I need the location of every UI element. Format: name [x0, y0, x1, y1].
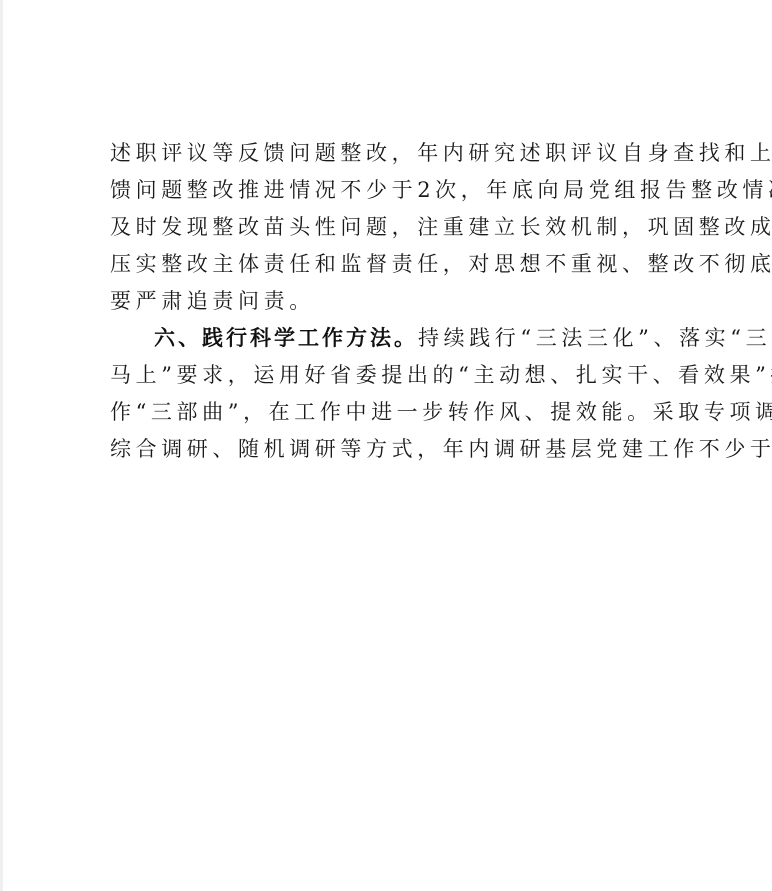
- section-text: 持续践行“三法三化”、落实“三个: [418, 326, 772, 350]
- document-page: 述职评议等反馈问题整改，年内研究述职评议自身查找和上级反 馈问题整改推进情况不少…: [3, 0, 772, 891]
- section-heading: 六、践行科学工作方法。: [154, 326, 418, 350]
- document-viewer: 述职评议等反馈问题整改，年内研究述职评议自身查找和上级反 馈问题整改推进情况不少…: [0, 0, 772, 891]
- paragraph-line: 述职评议等反馈问题整改，年内研究述职评议自身查找和上级反: [110, 135, 698, 172]
- paragraph-line: 及时发现整改苗头性问题，注重建立长效机制，巩固整改成效。: [110, 209, 698, 246]
- paragraph-line: 综合调研、随机调研等方式，年内调研基层党建工作不少于2次。: [110, 431, 698, 468]
- document-body: 述职评议等反馈问题整改，年内研究述职评议自身查找和上级反 馈问题整改推进情况不少…: [110, 135, 698, 468]
- paragraph-line: 马上”要求，运用好省委提出的“主动想、扎实干、看效果”抓工: [110, 357, 698, 394]
- paragraph-line: 作“三部曲”，在工作中进一步转作风、提效能。采取专项调研、: [110, 394, 698, 431]
- paragraph-line: 压实整改主体责任和监督责任，对思想不重视、整改不彻底的，: [110, 246, 698, 283]
- paragraph-line: 要严肃追责问责。: [110, 283, 698, 320]
- section-6-first-line: 六、践行科学工作方法。持续践行“三法三化”、落实“三个: [110, 320, 698, 357]
- paragraph-line: 馈问题整改推进情况不少于2次，年底向局党组报告整改情况。: [110, 172, 698, 209]
